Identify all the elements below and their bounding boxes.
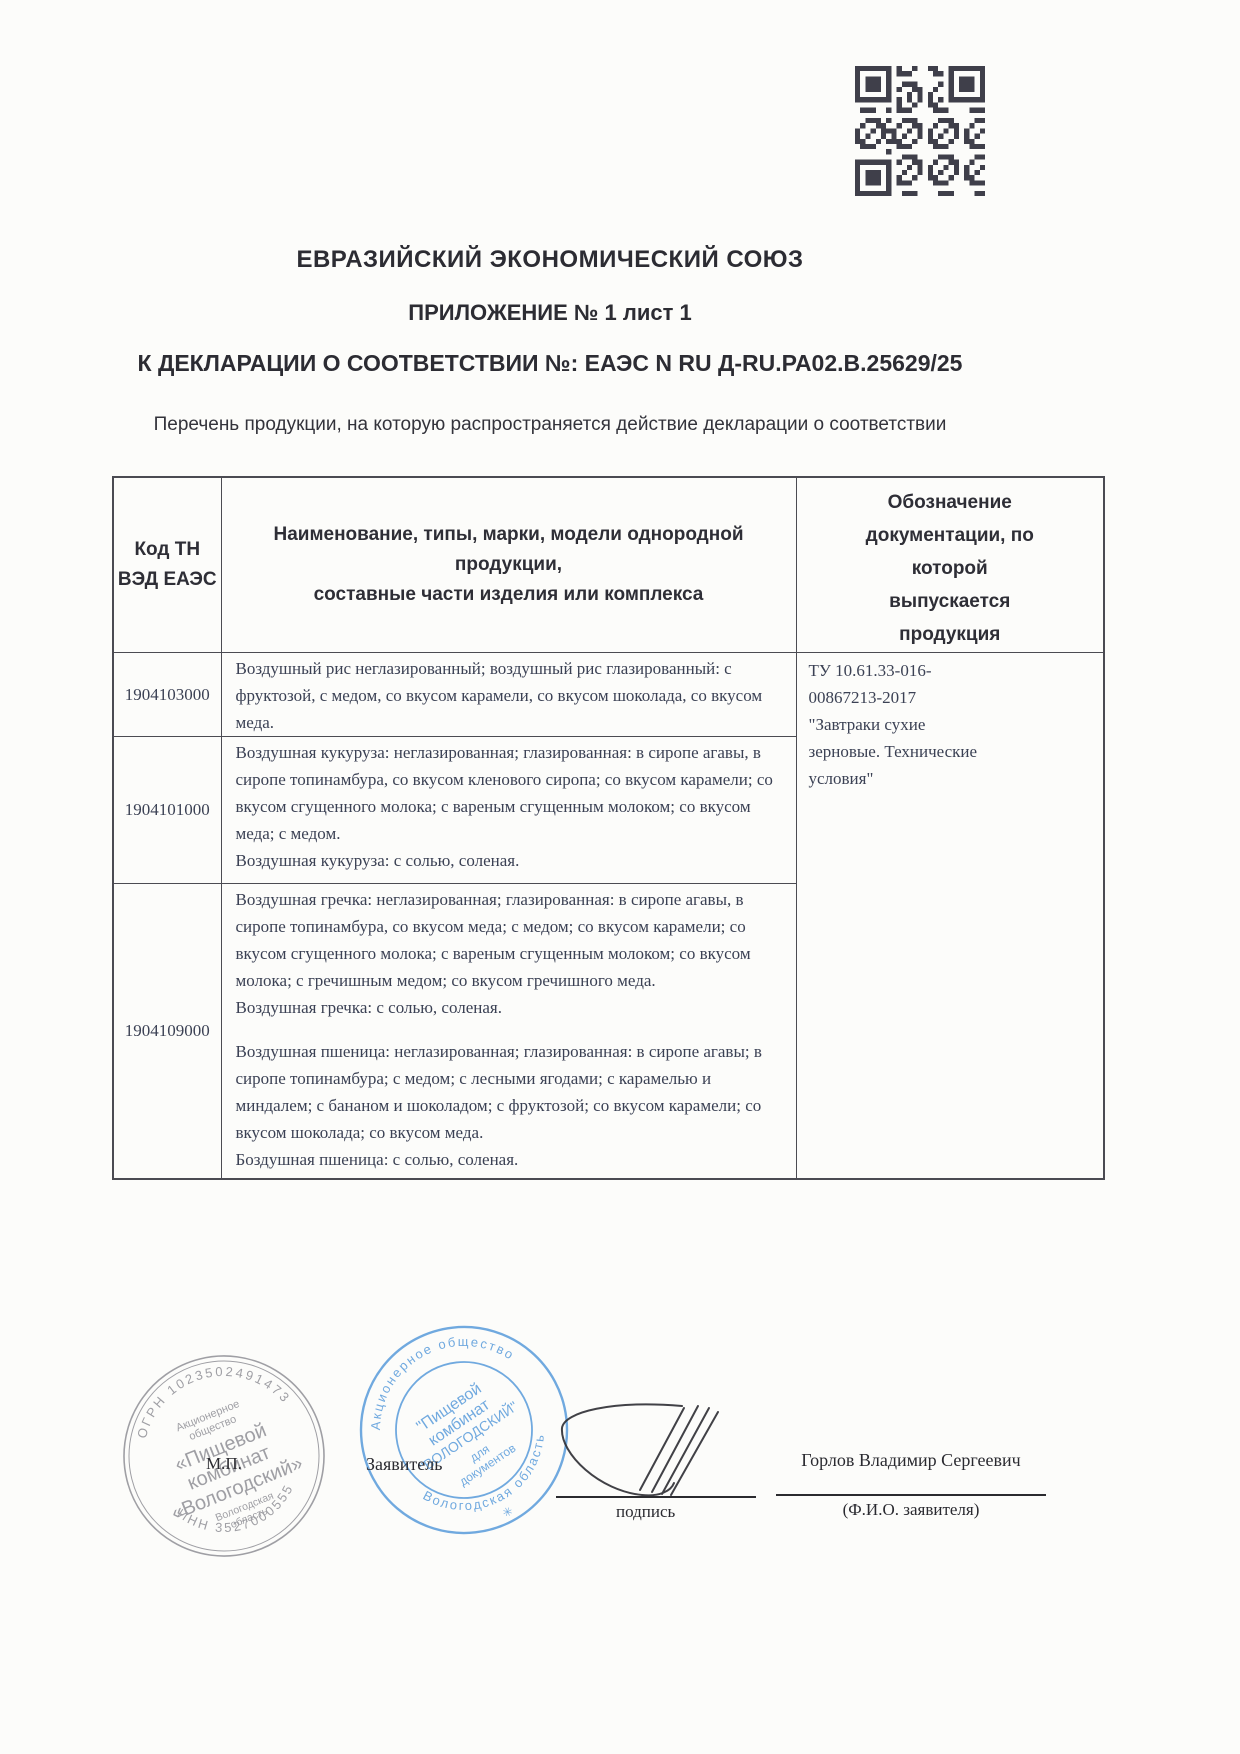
handwritten-signature (552, 1398, 767, 1503)
place-of-seal-label: М.П. (206, 1454, 242, 1474)
union-title: ЕВРАЗИЙСКИЙ ЭКОНОМИЧЕСКИЙ СОЮЗ (0, 246, 1100, 274)
applicant-name: Горлов Владимир Сергеевич (776, 1450, 1046, 1471)
product-description-paragraph: Воздушная гречка: неглазированная; глази… (236, 886, 784, 1021)
signature-line (556, 1496, 756, 1498)
applicant-label: Заявитель (366, 1454, 442, 1475)
declaration-number-title: К ДЕКЛАРАЦИИ О СООТВЕТСТВИИ №: ЕАЭС N RU… (0, 350, 1100, 377)
header-docs: Обозначение документации, по которой вып… (796, 477, 1104, 653)
qr-code (855, 62, 985, 200)
table-row: 1904103000 Воздушный рис неглазированный… (113, 653, 1104, 737)
tnved-code: 1904109000 (113, 884, 221, 1179)
applicant-name-line (776, 1494, 1046, 1496)
tnved-code: 1904101000 (113, 737, 221, 884)
signature-caption: подпись (616, 1502, 675, 1522)
appendix-title: ПРИЛОЖЕНИЕ № 1 лист 1 (0, 300, 1100, 326)
table-header-row: Код ТН ВЭД ЕАЭС Наименование, типы, марк… (113, 477, 1104, 653)
stamp-star-mark: ✳ (500, 1504, 515, 1521)
product-table: Код ТН ВЭД ЕАЭС Наименование, типы, марк… (112, 476, 1103, 1180)
product-description: Воздушный рис неглазированный; воздушный… (221, 653, 796, 737)
product-list-intro: Перечень продукции, на которую распростр… (0, 414, 1100, 436)
product-description: Воздушная гречка: неглазированная; глази… (221, 884, 796, 1179)
scanned-declaration-page: ЕВРАЗИЙСКИЙ ЭКОНОМИЧЕСКИЙ СОЮЗ ПРИЛОЖЕНИ… (0, 0, 1240, 1754)
doc-reference: ТУ 10.61.33-016- 00867213-2017 "Завтраки… (796, 653, 1104, 1179)
header-code: Код ТН ВЭД ЕАЭС (113, 477, 221, 653)
applicant-name-caption: (Ф.И.О. заявителя) (776, 1500, 1046, 1520)
tnved-code: 1904103000 (113, 653, 221, 737)
product-description-paragraph: Воздушная пшеница: неглазированная; глаз… (236, 1038, 784, 1173)
header-name: Наименование, типы, марки, модели одноро… (221, 477, 796, 653)
product-description: Воздушная кукуруза: неглазированная; гла… (221, 737, 796, 884)
